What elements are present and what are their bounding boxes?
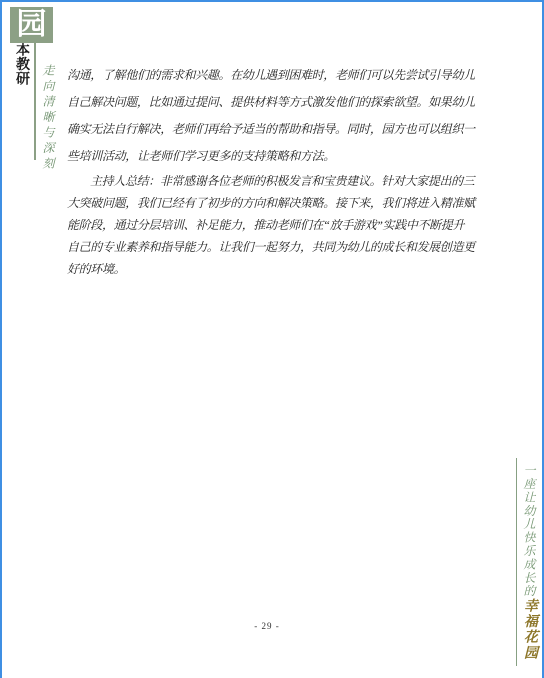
text-line: 自己解决问题，比如通过提问、提供材料等方式激发他们的探索欲望。如果幼儿	[67, 89, 479, 116]
right-motto-vertical: 一座让幼儿快乐成长的幸福花园	[516, 458, 539, 666]
text-line: 自己的专业素养和指导能力。让我们一起努力，共同为幼儿的成长和发展创造更	[67, 236, 479, 258]
paragraph-continued: 沟通，了解他们的需求和兴趣。在幼儿遇到困难时，老师们可以先尝试引导幼儿 自己解决…	[67, 62, 479, 170]
text-line: 些培训活动，让老师们学习更多的支持策略和方法。	[67, 143, 479, 170]
text-line: 沟通，了解他们的需求和兴趣。在幼儿遇到困难时，老师们可以先尝试引导幼儿	[67, 62, 479, 89]
logo-yuan-badge: 园	[10, 7, 53, 43]
page-number: - 29 -	[67, 621, 467, 631]
text-line: 好的环境。	[67, 258, 479, 280]
document-page: 园 本教研 走向清晰与深刻 沟通，了解他们的需求和兴趣。在幼儿遇到困难时，老师们…	[0, 0, 544, 678]
text-line: 大突破问题，我们已经有了初步的方向和解决策略。接下来，我们将进入精准赋	[67, 192, 479, 214]
left-tagline-vertical: 走向清晰与深刻	[40, 64, 57, 173]
motto-accent-text: 幸福花园	[522, 598, 537, 661]
main-text-block: 沟通，了解他们的需求和兴趣。在幼儿遇到困难时，老师们可以先尝试引导幼儿 自己解决…	[67, 62, 479, 280]
paragraph-host-summary: 主持人总结：非常感谢各位老师的积极发言和宝贵建议。针对大家提出的三 大突破问题，…	[67, 170, 479, 280]
motto-green-text: 一座让幼儿快乐成长的	[522, 464, 536, 598]
text-line: 主持人总结：非常感谢各位老师的积极发言和宝贵建议。针对大家提出的三	[67, 170, 479, 192]
left-vertical-rule	[34, 39, 36, 160]
text-line: 确实无法自行解决，老师们再给予适当的帮助和指导。同时，园方也可以组织一	[67, 116, 479, 143]
logo-yuan-char: 园	[17, 10, 47, 40]
logo-series-label: 本教研	[11, 42, 31, 86]
text-line: 能阶段，通过分层培训、补足能力，推动老师们在“放手游戏”实践中不断提升	[67, 214, 479, 236]
